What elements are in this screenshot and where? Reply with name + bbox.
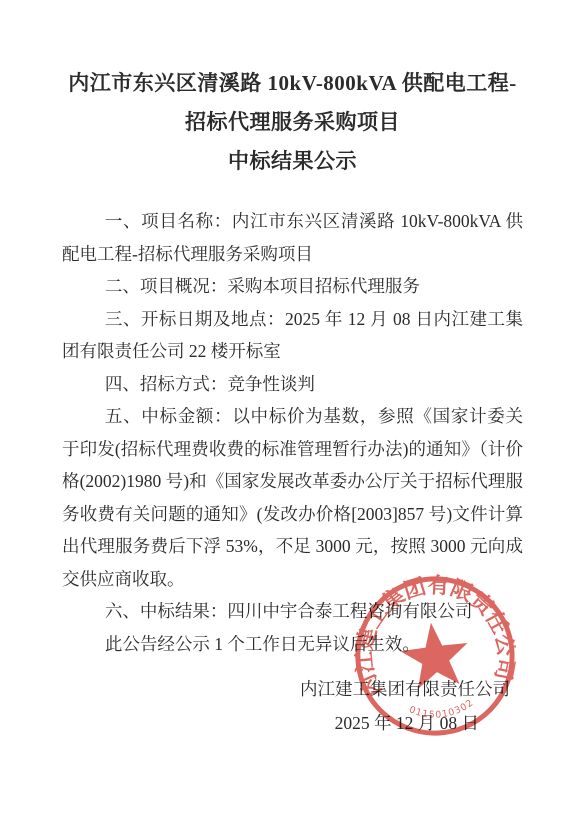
paragraph-award-amount: 五、中标金额：以中标价为基数，参照《国家计委关于印发(招标代理费收费的标准管理暂…	[62, 400, 523, 595]
title-line-1: 内江市东兴区清溪路 10kV-800kVA 供配电工程-	[0, 64, 585, 103]
paragraph-award-result: 六、中标结果：四川中宇合泰工程咨询有限公司	[62, 595, 523, 628]
document-title: 内江市东兴区清溪路 10kV-800kVA 供配电工程- 招标代理服务采购项目 …	[0, 0, 585, 181]
signature-block: 内江建工集团有限责任公司 2025 年 12 月 08 日	[62, 672, 523, 740]
paragraph-project-overview: 二、项目概况：采购本项目招标代理服务	[62, 270, 523, 303]
document-page: 内江市东兴区清溪路 10kV-800kVA 供配电工程- 招标代理服务采购项目 …	[0, 0, 585, 834]
title-line-2: 招标代理服务采购项目	[0, 103, 585, 142]
paragraph-tender-method: 四、招标方式：竞争性谈判	[62, 368, 523, 401]
paragraph-bid-opening: 三、开标日期及地点：2025 年 12 月 08 日内江建工集团有限责任公司 2…	[62, 303, 523, 368]
signature-date: 2025 年 12 月 08 日	[62, 706, 523, 740]
paragraph-effective-note: 此公告经公示 1 个工作日无异议后生效。	[62, 628, 523, 661]
paragraph-project-name: 一、项目名称：内江市东兴区清溪路 10kV-800kVA 供配电工程-招标代理服…	[62, 205, 523, 270]
signature-company: 内江建工集团有限责任公司	[62, 672, 523, 706]
title-line-3: 中标结果公示	[0, 142, 585, 181]
document-body: 一、项目名称：内江市东兴区清溪路 10kV-800kVA 供配电工程-招标代理服…	[62, 205, 523, 740]
